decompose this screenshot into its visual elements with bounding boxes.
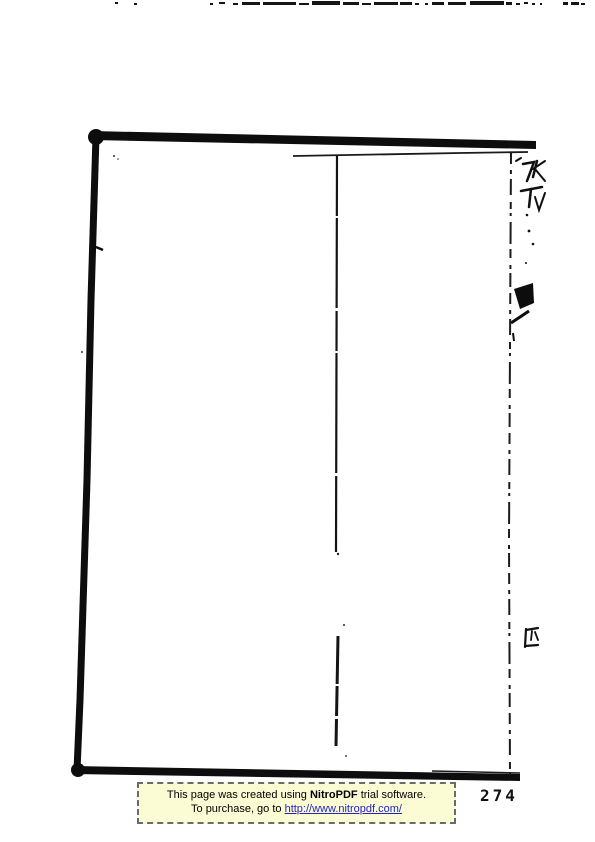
frame-bottom-border <box>73 766 520 781</box>
page-number: 274 <box>480 786 518 805</box>
cjk-fragment-flag <box>511 283 534 341</box>
watermark-line-1: This page was created using NitroPDF tri… <box>139 788 454 802</box>
scan-noise-top <box>115 1 585 5</box>
scan-frame <box>71 129 536 781</box>
center-rule-upper <box>336 156 337 552</box>
frame-top-border <box>91 131 536 149</box>
cjk-fragment-bottom <box>525 628 538 647</box>
frame-left-border <box>77 136 96 770</box>
watermark-text: To purchase, go to <box>191 803 285 815</box>
watermark-text: trial software. <box>358 789 426 801</box>
right-dashed-rule <box>509 153 511 775</box>
nitropdf-watermark: This page was created using NitroPDF tri… <box>137 782 456 824</box>
watermark-text: This page was created using <box>167 789 310 801</box>
nitropdf-purchase-link[interactable]: http://www.nitropdf.com/ <box>285 803 402 815</box>
speckle <box>343 624 345 626</box>
scanned-document-page: This page was created using NitroPDF tri… <box>0 0 595 842</box>
scan-artifacts-layer <box>0 0 595 842</box>
cjk-fragment-upper <box>516 158 545 181</box>
watermark-line-2: To purchase, go to http://www.nitropdf.c… <box>139 802 454 816</box>
speckle <box>337 553 339 555</box>
frame-bottom-left-blob <box>71 763 85 777</box>
center-rule-lower <box>336 636 338 746</box>
speckle <box>345 755 347 757</box>
watermark-product-name: NitroPDF <box>310 789 358 801</box>
stray-speckles <box>81 155 119 353</box>
left-border-tick <box>96 247 103 250</box>
center-column-rule <box>336 156 347 757</box>
frame-top-subrule <box>293 152 528 156</box>
cjk-fragment-lower <box>521 187 545 264</box>
